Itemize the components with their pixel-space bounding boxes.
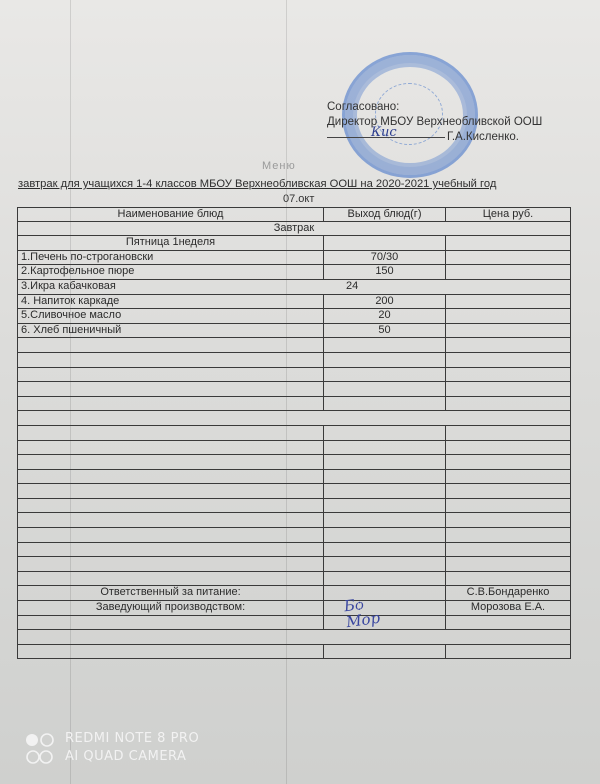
- empty-cell: [18, 645, 323, 659]
- empty-cell: [18, 441, 323, 455]
- empty-cell: [323, 557, 445, 571]
- signature-line: Кис: [327, 137, 445, 138]
- empty-row: [18, 338, 570, 353]
- signature-row-manager: Заведующий производством: Морозова Е.А.: [18, 601, 570, 616]
- empty-cell: [323, 397, 445, 411]
- empty-merged-row: [18, 630, 570, 645]
- empty-cell: [445, 441, 570, 455]
- empty-cell: [445, 382, 570, 396]
- empty-cell: [445, 338, 570, 352]
- empty-cell: [323, 513, 445, 527]
- menu-date: 07.окт: [283, 193, 314, 205]
- empty-cell: [323, 645, 445, 659]
- empty-row: [18, 455, 570, 470]
- empty-row: [18, 426, 570, 441]
- day-label: Пятница 1неделя: [18, 236, 323, 250]
- empty-cell: [445, 484, 570, 498]
- empty-cell: [18, 455, 323, 469]
- director-signature: Кис: [371, 125, 397, 140]
- empty-cell: [18, 616, 323, 630]
- empty-cell: [445, 572, 570, 586]
- signature-scribble-2: Мор: [345, 610, 381, 631]
- dish-price: [445, 309, 570, 323]
- dish-name: 6. Хлеб пшеничный: [18, 324, 323, 338]
- empty-cell: [18, 353, 323, 367]
- dish-weight: 200: [323, 295, 445, 309]
- empty-cell: [445, 645, 570, 659]
- empty-cell: [323, 484, 445, 498]
- empty-row: [18, 382, 570, 397]
- empty-cell: [323, 382, 445, 396]
- empty-cell: [445, 426, 570, 440]
- dish-price: [445, 324, 570, 338]
- empty-cell: [323, 236, 445, 250]
- header-dish-name: Наименование блюд: [18, 208, 323, 221]
- empty-cell: [445, 528, 570, 542]
- responsible-label: Ответственный за питание:: [18, 586, 323, 600]
- empty-row: [18, 645, 570, 660]
- empty-cell: [323, 586, 445, 600]
- empty-cell: [445, 470, 570, 484]
- table-header-row: Наименование блюд Выход блюд(г) Цена руб…: [18, 207, 570, 222]
- empty-cell: [323, 353, 445, 367]
- empty-cell: [323, 441, 445, 455]
- meal-row: Завтрак: [18, 222, 570, 237]
- empty-cell: [18, 543, 323, 557]
- dish-name: 5.Сливочное масло: [18, 309, 323, 323]
- empty-cell: [18, 499, 323, 513]
- approval-block: Согласовано: Директор МБОУ Верхнеобливск…: [327, 100, 542, 145]
- empty-cell: [18, 557, 323, 571]
- table-row: 5.Сливочное масло 20: [18, 309, 570, 324]
- table-row: 6. Хлеб пшеничный 50: [18, 324, 570, 339]
- dish-name: 1.Печень по-строгановски: [18, 251, 323, 265]
- manager-name: Морозова Е.А.: [445, 601, 570, 615]
- empty-cell: [18, 368, 323, 382]
- empty-cell: [323, 338, 445, 352]
- dish-price: [445, 251, 570, 265]
- dish-name: 3.Икра кабачковая: [18, 280, 323, 294]
- empty-cell: [323, 368, 445, 382]
- dish-weight: 50: [323, 324, 445, 338]
- header-weight: Выход блюд(г): [323, 208, 445, 221]
- empty-row: [18, 513, 570, 528]
- empty-cell: [445, 499, 570, 513]
- approval-signature-line: Кис Г.А.Кисленко.: [327, 130, 542, 145]
- empty-cell: [18, 397, 323, 411]
- empty-row: [18, 470, 570, 485]
- approval-director: Директор МБОУ Верхнеобливской ООШ: [327, 115, 542, 130]
- empty-row: [18, 557, 570, 572]
- watermark-camera: AI QUAD CAMERA: [65, 748, 199, 766]
- empty-cell: [18, 528, 323, 542]
- empty-row: [18, 484, 570, 499]
- empty-cell: [323, 426, 445, 440]
- table-row: 3.Икра кабачковая 24: [18, 280, 570, 295]
- dish-weight: 70/30: [323, 251, 445, 265]
- empty-cell: [18, 513, 323, 527]
- table-row: 1.Печень по-строгановски 70/30: [18, 251, 570, 266]
- table-row: 4. Напиток каркаде 200: [18, 295, 570, 310]
- dish-price: [445, 265, 570, 279]
- header-price: Цена руб.: [445, 208, 570, 221]
- quad-camera-icon: [25, 732, 55, 766]
- empty-cell: [323, 616, 445, 630]
- dish-weight: 24: [343, 280, 403, 294]
- empty-cell: [323, 528, 445, 542]
- handwritten-signature: Бѻ Мор: [343, 594, 381, 630]
- empty-cell: [445, 557, 570, 571]
- empty-cell: [445, 513, 570, 527]
- empty-cell: [323, 572, 445, 586]
- empty-row: [18, 616, 570, 631]
- empty-cell: [18, 572, 323, 586]
- dish-weight: 150: [323, 265, 445, 279]
- empty-cell: [18, 338, 323, 352]
- empty-row: [18, 543, 570, 558]
- empty-cell: [445, 397, 570, 411]
- empty-cell: [18, 426, 323, 440]
- empty-row: [18, 528, 570, 543]
- empty-cell: [18, 484, 323, 498]
- empty-cell: [18, 470, 323, 484]
- empty-merged-row: [18, 411, 570, 426]
- signature-row-responsible: Ответственный за питание: С.В.Бондаренко: [18, 586, 570, 601]
- empty-cell: [323, 601, 445, 615]
- menu-table: Наименование блюд Выход блюд(г) Цена руб…: [17, 207, 571, 659]
- empty-cell: [323, 499, 445, 513]
- watermark-model: REDMI NOTE 8 PRO: [65, 730, 199, 748]
- menu-heading: Меню: [262, 160, 296, 172]
- dish-name: 4. Напиток каркаде: [18, 295, 323, 309]
- dish-name: 2.Картофельное пюре: [18, 265, 323, 279]
- empty-row: [18, 499, 570, 514]
- empty-cell: [445, 236, 570, 250]
- responsible-name: С.В.Бондаренко: [445, 586, 570, 600]
- meal-label: Завтрак: [18, 222, 570, 236]
- approval-label: Согласовано:: [327, 100, 542, 115]
- day-row: Пятница 1неделя: [18, 236, 570, 251]
- empty-cell: [445, 616, 570, 630]
- empty-row: [18, 368, 570, 383]
- dish-weight: 20: [323, 309, 445, 323]
- empty-cell: [445, 368, 570, 382]
- dish-price: [445, 295, 570, 309]
- table-row: 2.Картофельное пюре 150: [18, 265, 570, 280]
- empty-cell: [323, 470, 445, 484]
- empty-row: [18, 353, 570, 368]
- empty-cell: [323, 543, 445, 557]
- empty-cell: [445, 455, 570, 469]
- manager-label: Заведующий производством:: [18, 601, 323, 615]
- empty-row: [18, 572, 570, 587]
- empty-cell: [445, 353, 570, 367]
- empty-cell: [445, 543, 570, 557]
- menu-subtitle: завтрак для учащихся 1-4 классов МБОУ Ве…: [18, 178, 496, 190]
- empty-cell: [18, 382, 323, 396]
- empty-row: [18, 441, 570, 456]
- director-name: Г.А.Кисленко.: [447, 131, 519, 143]
- empty-cell: [323, 455, 445, 469]
- empty-row: [18, 397, 570, 412]
